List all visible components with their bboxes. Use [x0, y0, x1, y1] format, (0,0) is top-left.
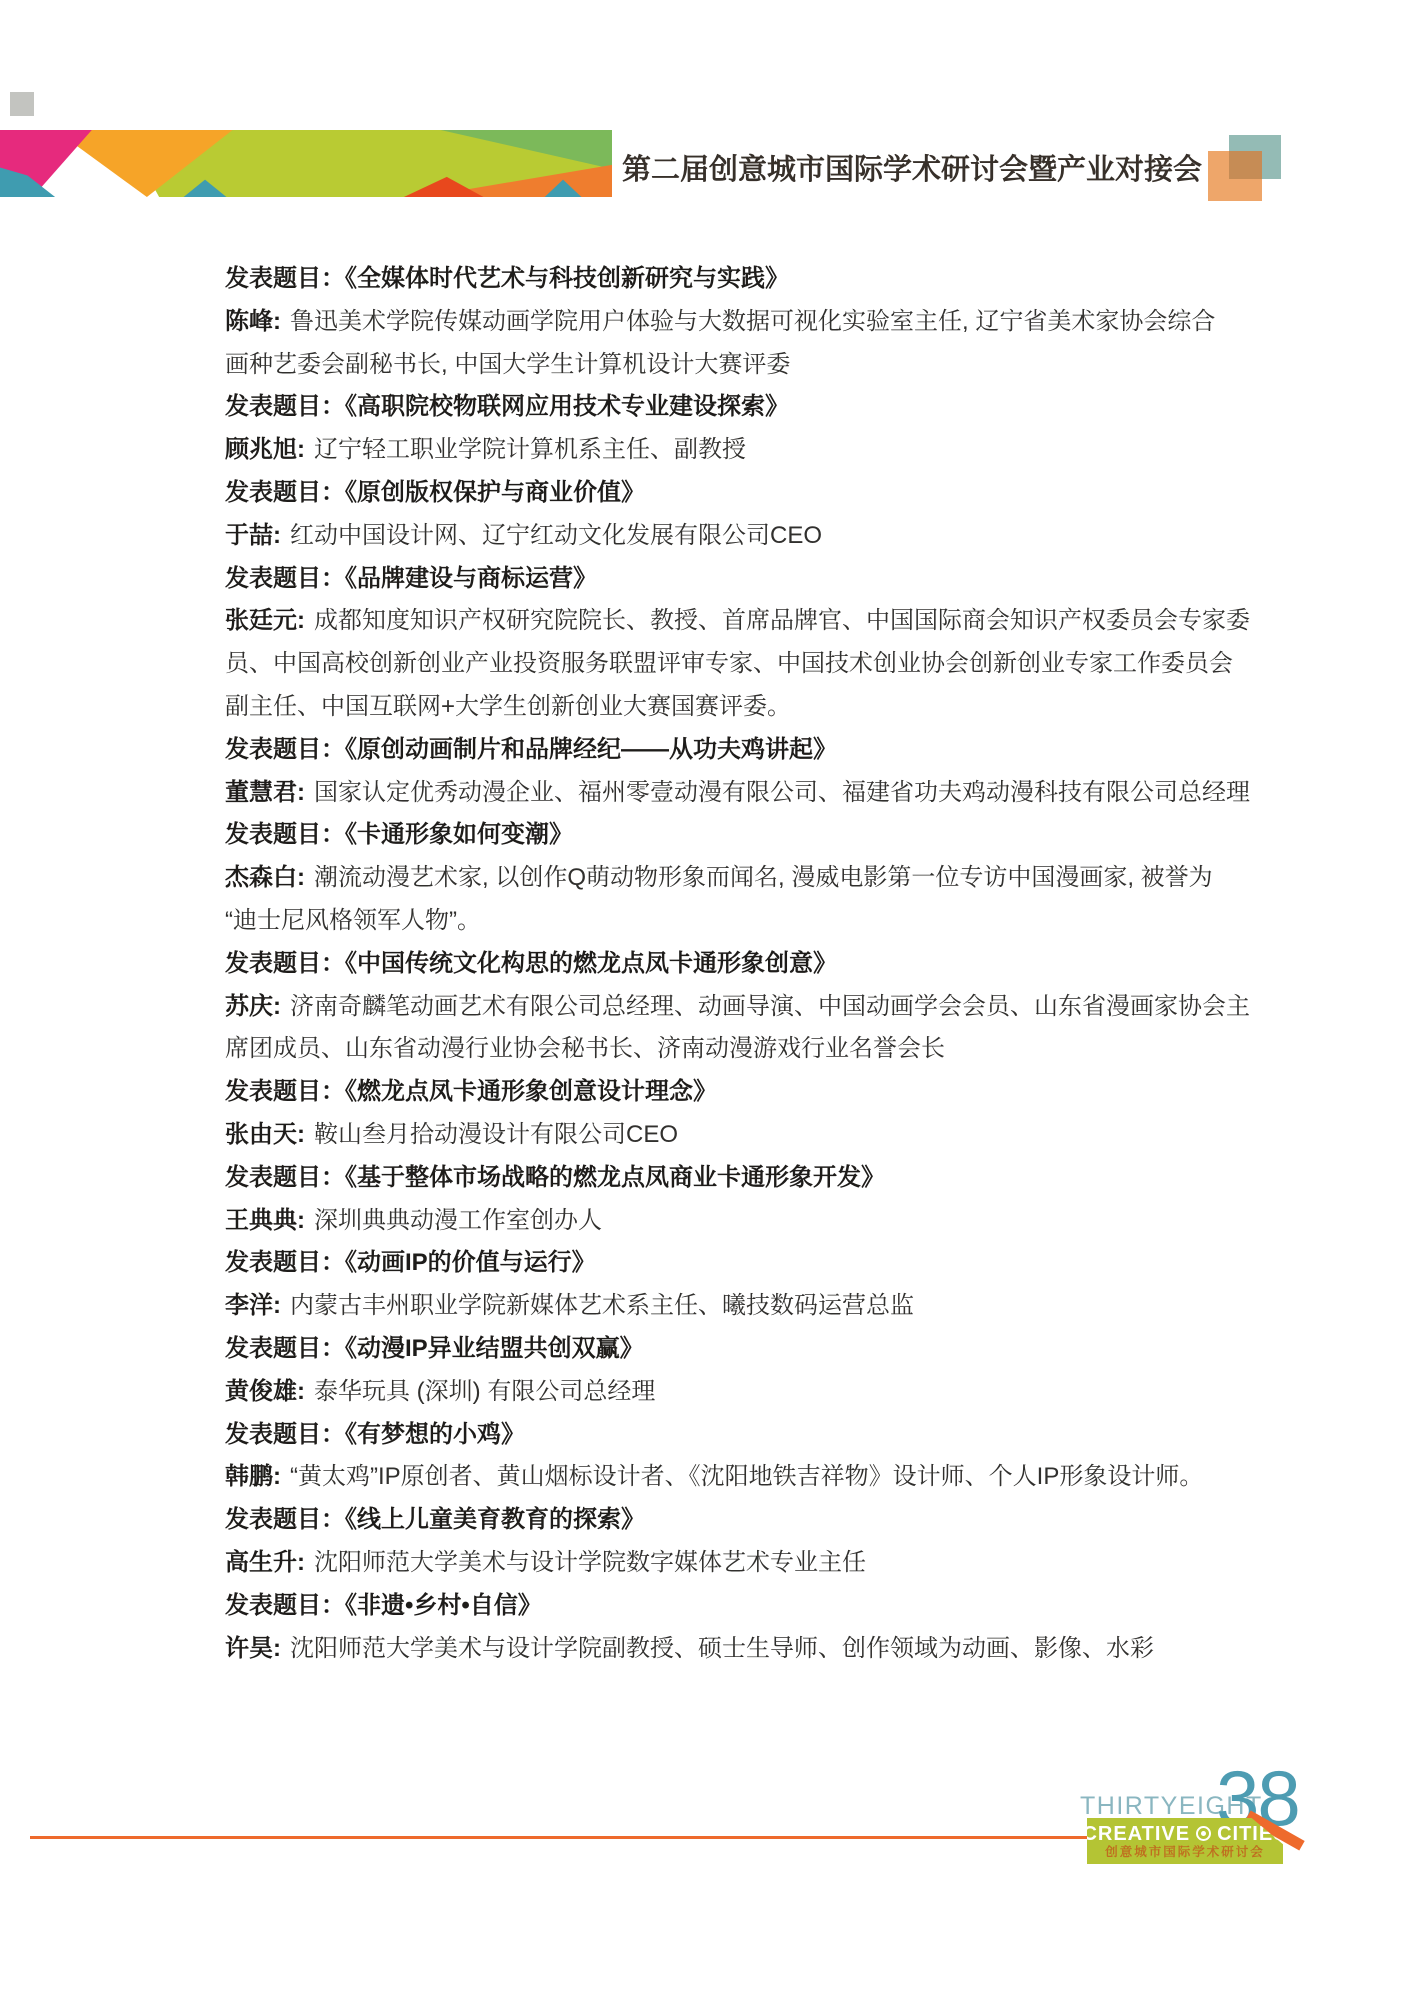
program-line: 发表题目：《品牌建设与商标运营》 [225, 558, 1255, 601]
speaker-name: 韩鹏: [225, 1463, 281, 1490]
program-line: 发表题目：《中国传统文化构思的燃龙点凤卡通形象创意》 [225, 943, 1255, 986]
line-text: 国家认定优秀动漫企业、福州零壹动漫有限公司、福建省功夫鸡动漫科技有限公司总经理 [314, 779, 1250, 806]
program-line: 发表题目：《高职院校物联网应用技术专业建设探索》 [225, 386, 1255, 429]
badge-subtitle: 创意城市国际学术研讨会 [1105, 1845, 1265, 1860]
line-text: 发表题目：《高职院校物联网应用技术专业建设探索》 [225, 393, 789, 420]
speaker-name: 张由天: [225, 1121, 305, 1148]
program-line: 画种艺委会副秘书长, 中国大学生计算机设计大赛评委 [225, 344, 1255, 387]
page-title: 第二届创意城市国际学术研讨会暨产业对接会 [622, 147, 1222, 188]
program-line: 高生升:沈阳师范大学美术与设计学院数字媒体艺术专业主任 [225, 1542, 1255, 1585]
line-text: 沈阳师范大学美术与设计学院数字媒体艺术专业主任 [314, 1549, 866, 1576]
program-line: 发表题目：《动漫IP异业结盟共创双赢》 [225, 1328, 1255, 1371]
line-text: 发表题目：《卡通形象如何变潮》 [225, 821, 573, 848]
line-text: “黄太鸡”IP原创者、黄山烟标设计者、《沈阳地铁吉祥物》设计师、个人IP形象设计… [290, 1463, 1203, 1490]
program-line: 王典典:深圳典典动漫工作室创办人 [225, 1200, 1255, 1243]
program-line: 副主任、中国互联网+大学生创新创业大赛国赛评委。 [225, 686, 1255, 729]
line-text: “迪士尼风格领军人物”。 [225, 907, 481, 934]
program-line: 顾兆旭:辽宁轻工职业学院计算机系主任、副教授 [225, 429, 1255, 472]
program-line: 李洋:内蒙古丰州职业学院新媒体艺术系主任、曦技数码运营总监 [225, 1285, 1255, 1328]
creative-cities-badge: CREATIVE CITIES 创意城市国际学术研讨会 [1087, 1818, 1283, 1864]
line-text: 潮流动漫艺术家, 以创作Q萌动物形象而闻名, 漫威电影第一位专访中国漫画家, 被… [314, 864, 1213, 891]
program-line: 发表题目：《非遗•乡村•自信》 [225, 1585, 1255, 1628]
line-text: 济南奇麟笔动画艺术有限公司总经理、动画导演、中国动画学会会员、山东省漫画家协会主 [290, 993, 1250, 1020]
corner-decoration-square [10, 92, 34, 116]
footer-rule [30, 1836, 1087, 1839]
program-line: 苏庆:济南奇麟笔动画艺术有限公司总经理、动画导演、中国动画学会会员、山东省漫画家… [225, 986, 1255, 1029]
speaker-name: 顾兆旭: [225, 436, 305, 463]
program-line: 发表题目：《有梦想的小鸡》 [225, 1414, 1255, 1457]
line-text: 沈阳师范大学美术与设计学院副教授、硕士生导师、创作领域为动画、影像、水彩 [290, 1635, 1154, 1662]
program-line: 杰森白:潮流动漫艺术家, 以创作Q萌动物形象而闻名, 漫威电影第一位专访中国漫画… [225, 857, 1255, 900]
page: 第二届创意城市国际学术研讨会暨产业对接会 发表题目：《全媒体时代艺术与科技创新研… [0, 0, 1414, 2000]
speaker-name: 陈峰: [225, 308, 281, 335]
line-text: 发表题目：《燃龙点凤卡通形象创意设计理念》 [225, 1078, 717, 1105]
footer-page-word: THIRTYEIGHT [1080, 1792, 1220, 1821]
speaker-name: 张廷元: [225, 607, 305, 634]
program-line: 韩鹏:“黄太鸡”IP原创者、黄山烟标设计者、《沈阳地铁吉祥物》设计师、个人IP形… [225, 1456, 1255, 1499]
line-text: 泰华玩具 (深圳) 有限公司总经理 [314, 1378, 655, 1405]
speaker-name: 李洋: [225, 1292, 281, 1319]
speaker-name: 杰森白: [225, 864, 305, 891]
program-line: 员、中国高校创新创业产业投资服务联盟评审专家、中国技术创业协会创新创业专家工作委… [225, 643, 1255, 686]
speaker-name: 苏庆: [225, 993, 281, 1020]
program-line: 张由天:鞍山叁月拾动漫设计有限公司CEO [225, 1114, 1255, 1157]
creative-cities-logo-icon [1196, 1826, 1211, 1841]
line-text: 辽宁轻工职业学院计算机系主任、副教授 [314, 436, 746, 463]
line-text: 发表题目：《中国传统文化构思的燃龙点凤卡通形象创意》 [225, 950, 837, 977]
line-text: 发表题目：《原创版权保护与商业价值》 [225, 479, 645, 506]
line-text: 副主任、中国互联网+大学生创新创业大赛国赛评委。 [225, 693, 791, 720]
program-line: 发表题目：《基于整体市场战略的燃龙点凤商业卡通形象开发》 [225, 1157, 1255, 1200]
line-text: 画种艺委会副秘书长, 中国大学生计算机设计大赛评委 [225, 351, 790, 378]
program-list: 发表题目：《全媒体时代艺术与科技创新研究与实践》陈峰:鲁迅美术学院传媒动画学院用… [225, 258, 1255, 1670]
speaker-name: 董慧君: [225, 779, 305, 806]
program-line: 发表题目：《原创动画制片和品牌经纪——从功夫鸡讲起》 [225, 729, 1255, 772]
program-line: 陈峰:鲁迅美术学院传媒动画学院用户体验与大数据可视化实验室主任, 辽宁省美术家协… [225, 301, 1255, 344]
program-line: “迪士尼风格领军人物”。 [225, 900, 1255, 943]
badge-word-left: CREATIVE [1082, 1823, 1190, 1845]
header-square-overlap [1229, 151, 1262, 179]
program-line: 席团成员、山东省动漫行业协会秘书长、济南动漫游戏行业名誉会长 [225, 1028, 1255, 1071]
program-line: 许昊:沈阳师范大学美术与设计学院副教授、硕士生导师、创作领域为动画、影像、水彩 [225, 1628, 1255, 1671]
line-text: 内蒙古丰州职业学院新媒体艺术系主任、曦技数码运营总监 [290, 1292, 914, 1319]
speaker-name: 许昊: [225, 1635, 281, 1662]
line-text: 发表题目：《品牌建设与商标运营》 [225, 565, 597, 592]
program-line: 于喆:红动中国设计网、辽宁红动文化发展有限公司CEO [225, 515, 1255, 558]
line-text: 发表题目：《线上儿童美育教育的探索》 [225, 1506, 645, 1533]
line-text: 发表题目：《动画IP的价值与运行》 [225, 1249, 596, 1276]
line-text: 鞍山叁月拾动漫设计有限公司CEO [314, 1121, 678, 1148]
line-text: 员、中国高校创新创业产业投资服务联盟评审专家、中国技术创业协会创新创业专家工作委… [225, 650, 1233, 677]
program-line: 张廷元:成都知度知识产权研究院院长、教授、首席品牌官、中国国际商会知识产权委员会… [225, 600, 1255, 643]
speaker-name: 王典典: [225, 1207, 305, 1234]
program-line: 发表题目：《卡通形象如何变潮》 [225, 814, 1255, 857]
line-text: 深圳典典动漫工作室创办人 [314, 1207, 602, 1234]
program-line: 发表题目：《动画IP的价值与运行》 [225, 1242, 1255, 1285]
program-line: 发表题目：《全媒体时代艺术与科技创新研究与实践》 [225, 258, 1255, 301]
line-text: 发表题目：《基于整体市场战略的燃龙点凤商业卡通形象开发》 [225, 1164, 885, 1191]
speaker-name: 于喆: [225, 522, 281, 549]
line-text: 成都知度知识产权研究院院长、教授、首席品牌官、中国国际商会知识产权委员会专家委 [314, 607, 1250, 634]
line-text: 发表题目：《原创动画制片和品牌经纪——从功夫鸡讲起》 [225, 736, 837, 763]
program-line: 黄俊雄:泰华玩具 (深圳) 有限公司总经理 [225, 1371, 1255, 1414]
line-text: 鲁迅美术学院传媒动画学院用户体验与大数据可视化实验室主任, 辽宁省美术家协会综合 [290, 308, 1215, 335]
line-text: 席团成员、山东省动漫行业协会秘书长、济南动漫游戏行业名誉会长 [225, 1035, 945, 1062]
line-text: 红动中国设计网、辽宁红动文化发展有限公司CEO [290, 522, 822, 549]
header-geometric-band [0, 130, 612, 197]
line-text: 发表题目：《有梦想的小鸡》 [225, 1421, 525, 1448]
program-line: 发表题目：《线上儿童美育教育的探索》 [225, 1499, 1255, 1542]
program-line: 董慧君:国家认定优秀动漫企业、福州零壹动漫有限公司、福建省功夫鸡动漫科技有限公司… [225, 772, 1255, 815]
program-line: 发表题目：《燃龙点凤卡通形象创意设计理念》 [225, 1071, 1255, 1114]
line-text: 发表题目：《全媒体时代艺术与科技创新研究与实践》 [225, 265, 789, 292]
speaker-name: 黄俊雄: [225, 1378, 305, 1405]
program-line: 发表题目：《原创版权保护与商业价值》 [225, 472, 1255, 515]
line-text: 发表题目：《动漫IP异业结盟共创双赢》 [225, 1335, 644, 1362]
line-text: 发表题目：《非遗•乡村•自信》 [225, 1592, 542, 1619]
speaker-name: 高生升: [225, 1549, 305, 1576]
badge-title-row: CREATIVE CITIES [1082, 1823, 1287, 1845]
